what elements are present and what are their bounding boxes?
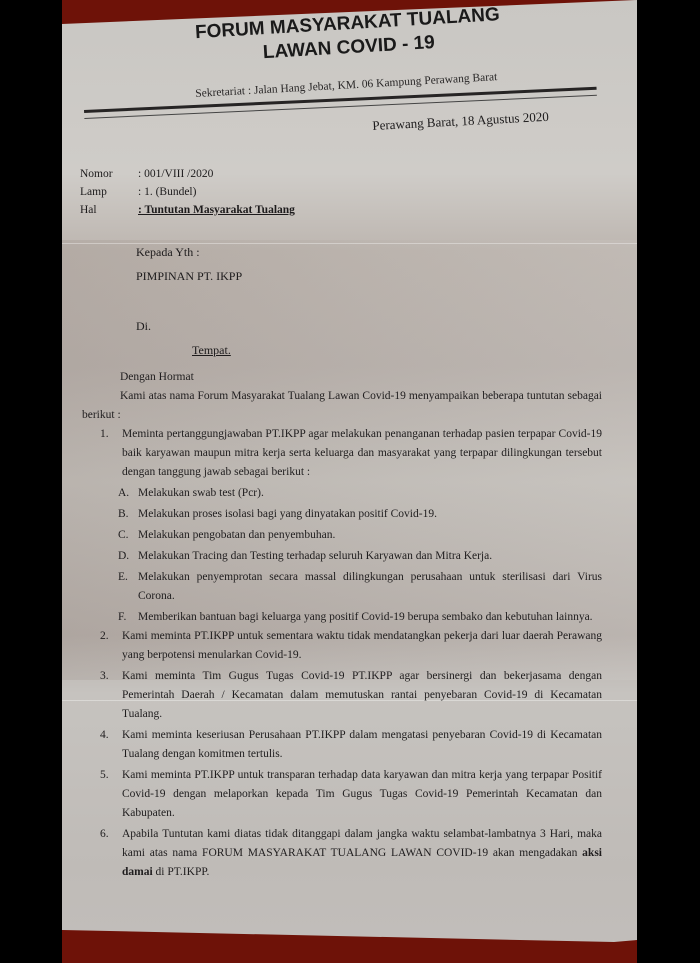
meta-label: Lamp <box>80 183 138 201</box>
meta-row-hal: Hal : Tuntutan Masyarakat Tualang <box>80 201 295 219</box>
place-date: Perawang Barat, 18 Agustus 2020 <box>372 109 549 134</box>
meta-value: : 1. (Bundel) <box>138 183 196 201</box>
recipient-di: Di. <box>136 314 242 338</box>
meta-row-lamp: Lamp : 1. (Bundel) <box>80 183 295 201</box>
meta-value: : 001/VIII /2020 <box>138 165 213 183</box>
letter-paper: FORUM MASYARAKAT TUALANG LAWAN COVID - 1… <box>62 0 637 963</box>
sub-item: B. Melakukan proses isolasi bagi yang di… <box>118 505 602 524</box>
demand-text: Meminta pertanggungjawaban PT.IKPP agar … <box>122 425 602 482</box>
demand-text: Kami meminta PT.IKPP untuk transparan te… <box>122 766 602 823</box>
document-photo: FORUM MASYARAKAT TUALANG LAWAN COVID - 1… <box>62 0 637 963</box>
sub-item: F. Memberikan bantuan bagi keluarga yang… <box>118 608 602 627</box>
demand-item: 3. Kami meminta Tim Gugus Tugas Covid-19… <box>82 667 602 724</box>
demand-item: 6. Apabila Tuntutan kami diatas tidak di… <box>82 825 602 882</box>
demand-item: 2. Kami meminta PT.IKPP untuk sementara … <box>82 627 602 665</box>
letter-body: Dengan Hormat Kami atas nama Forum Masya… <box>82 368 602 884</box>
sub-item: E. Melakukan penyemprotan secara massal … <box>118 568 602 606</box>
demand-item: 1. Meminta pertanggungjawaban PT.IKPP ag… <box>82 425 602 627</box>
sub-item: D. Melakukan Tracing dan Testing terhada… <box>118 547 602 566</box>
meta-row-nomor: Nomor : 001/VIII /2020 <box>80 165 295 183</box>
meta-label: Hal <box>80 201 138 219</box>
demand-text: Kami meminta Tim Gugus Tugas Covid-19 PT… <box>122 667 602 724</box>
letter-meta: Nomor : 001/VIII /2020 Lamp : 1. (Bundel… <box>80 165 295 219</box>
meta-value-subject: : Tuntutan Masyarakat Tualang <box>138 201 295 219</box>
demand-item: 4. Kami meminta keseriusan Perusahaan PT… <box>82 726 602 764</box>
intro-paragraph: Kami atas nama Forum Masyarakat Tualang … <box>82 387 602 425</box>
demand-text: Kami meminta PT.IKPP untuk sementara wak… <box>122 627 602 665</box>
sub-item: A. Melakukan swab test (Pcr). <box>118 484 602 503</box>
recipient-block: Kepada Yth : PIMPINAN PT. IKPP Di. Tempa… <box>136 240 242 362</box>
recipient-place: Tempat. <box>136 338 242 362</box>
demand-text: Kami meminta keseriusan Perusahaan PT.IK… <box>122 726 602 764</box>
sub-item: C. Melakukan pengobatan dan penyembuhan. <box>118 526 602 545</box>
demand-item: 5. Kami meminta PT.IKPP untuk transparan… <box>82 766 602 823</box>
meta-label: Nomor <box>80 165 138 183</box>
demands-list: 1. Meminta pertanggungjawaban PT.IKPP ag… <box>82 425 602 882</box>
demand-text: Apabila Tuntutan kami diatas tidak ditan… <box>122 825 602 882</box>
letterhead-title: FORUM MASYARAKAT TUALANG LAWAN COVID - 1… <box>182 2 514 69</box>
greeting: Dengan Hormat <box>82 368 602 387</box>
recipient-name: PIMPINAN PT. IKPP <box>136 264 242 288</box>
recipient-to: Kepada Yth : <box>136 240 242 264</box>
